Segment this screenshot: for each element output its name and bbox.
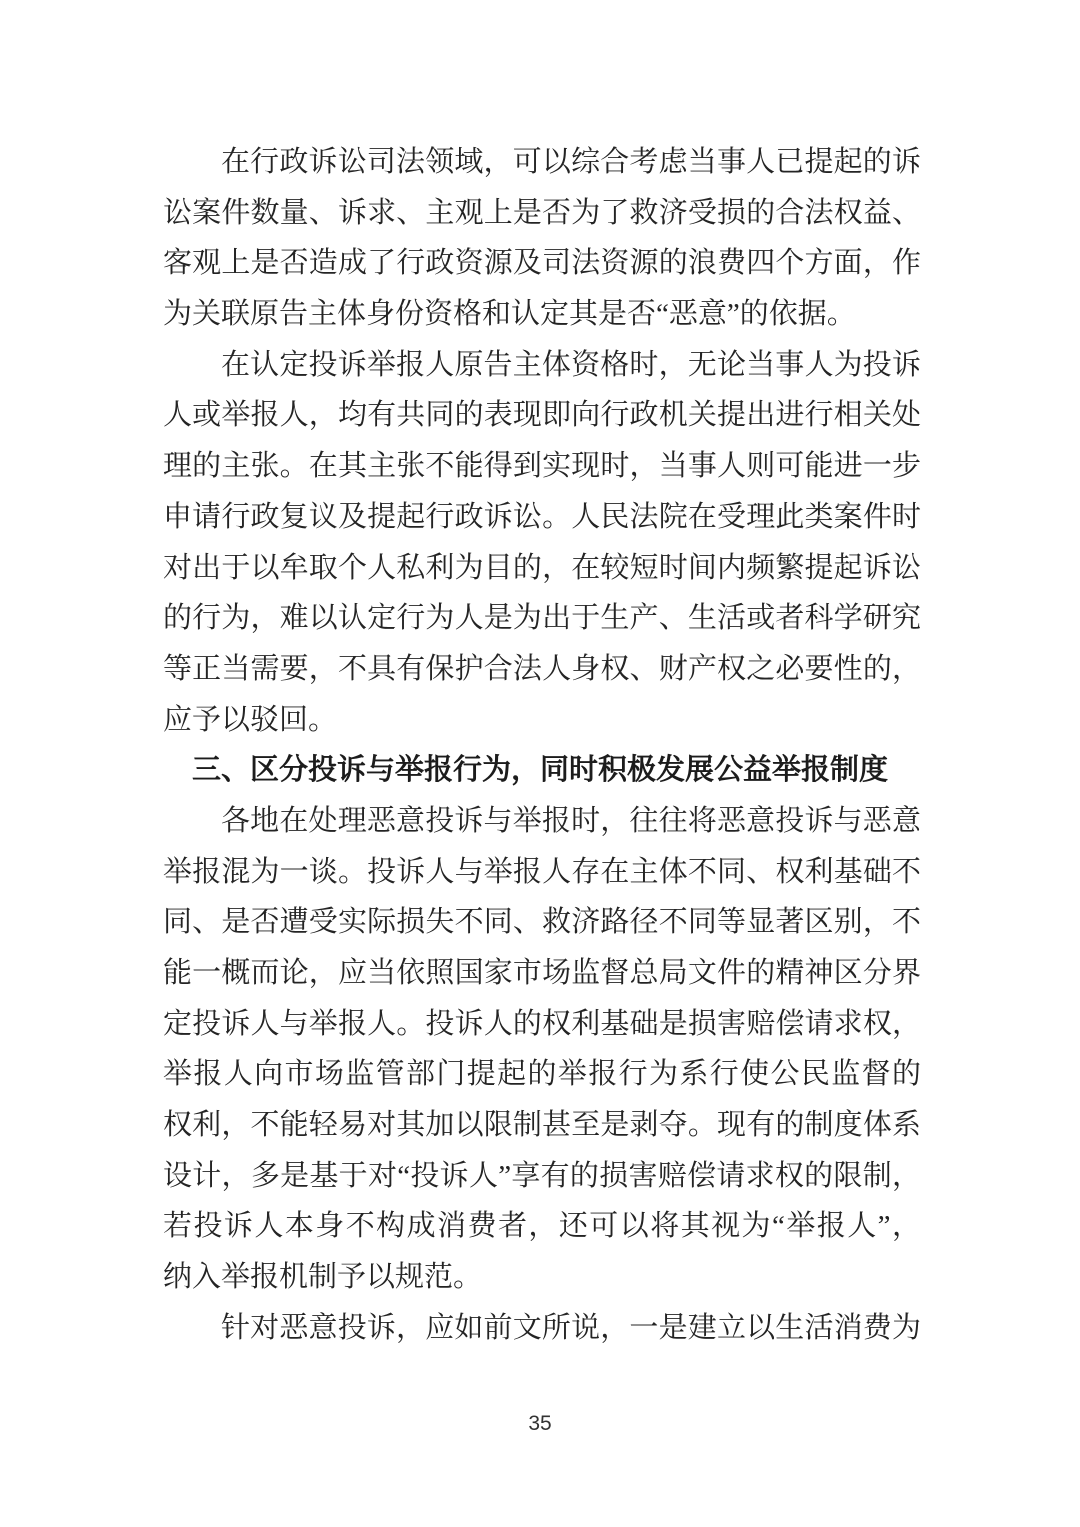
text-line: 等正当需要，不具有保护合法人身权、财产权之必要性的，	[163, 644, 921, 695]
text-line: 客观上是否造成了行政资源及司法资源的浪费四个方面，作	[163, 238, 921, 289]
text-line: 在认定投诉举报人原告主体资格时，无论当事人为投诉	[163, 340, 921, 391]
text-line: 针对恶意投诉，应如前文所说，一是建立以生活消费为	[163, 1303, 921, 1354]
document-page: 在行政诉讼司法领域，可以综合考虑当事人已提起的诉讼案件数量、诉求、主观上是否为了…	[0, 0, 1080, 1527]
text-line: 申请行政复议及提起行政诉讼。人民法院在受理此类案件时	[163, 492, 921, 543]
paragraph: 在行政诉讼司法领域，可以综合考虑当事人已提起的诉讼案件数量、诉求、主观上是否为了…	[163, 137, 921, 340]
text-line: 举报人向市场监管部门提起的举报行为系行使公民监督的	[163, 1049, 921, 1100]
paragraph: 针对恶意投诉，应如前文所说，一是建立以生活消费为	[163, 1303, 921, 1354]
text-line: 能一概而论，应当依照国家市场监督总局文件的精神区分界	[163, 948, 921, 999]
text-line: 权利，不能轻易对其加以限制甚至是剥夺。现有的制度体系	[163, 1100, 921, 1151]
section-heading: 三、区分投诉与举报行为，同时积极发展公益举报制度	[163, 745, 921, 796]
text-line: 的行为，难以认定行为人是为出于生产、生活或者科学研究	[163, 593, 921, 644]
text-line: 讼案件数量、诉求、主观上是否为了救济受损的合法权益、	[163, 188, 921, 239]
heading-line: 三、区分投诉与举报行为，同时积极发展公益举报制度	[163, 745, 921, 796]
text-line: 应予以驳回。	[163, 695, 921, 746]
page-number: 35	[0, 1412, 1080, 1436]
text-line: 若投诉人本身不构成消费者，还可以将其视为“举报人”，	[163, 1201, 921, 1252]
text-line: 举报混为一谈。投诉人与举报人存在主体不同、权利基础不	[163, 847, 921, 898]
text-line: 各地在处理恶意投诉与举报时，往往将恶意投诉与恶意	[163, 796, 921, 847]
text-line: 设计，多是基于对“投诉人”享有的损害赔偿请求权的限制，	[163, 1151, 921, 1202]
text-line: 为关联原告主体身份资格和认定其是否“恶意”的依据。	[163, 289, 921, 340]
text-line: 同、是否遭受实际损失不同、救济路径不同等显著区别，不	[163, 897, 921, 948]
document-body: 在行政诉讼司法领域，可以综合考虑当事人已提起的诉讼案件数量、诉求、主观上是否为了…	[163, 137, 921, 1354]
text-line: 人或举报人，均有共同的表现即向行政机关提出进行相关处	[163, 390, 921, 441]
text-line: 纳入举报机制予以规范。	[163, 1252, 921, 1303]
text-line: 对出于以牟取个人私利为目的，在较短时间内频繁提起诉讼	[163, 543, 921, 594]
text-line: 定投诉人与举报人。投诉人的权利基础是损害赔偿请求权，	[163, 999, 921, 1050]
paragraph: 各地在处理恶意投诉与举报时，往往将恶意投诉与恶意举报混为一谈。投诉人与举报人存在…	[163, 796, 921, 1303]
text-line: 理的主张。在其主张不能得到实现时，当事人则可能进一步	[163, 441, 921, 492]
paragraph: 在认定投诉举报人原告主体资格时，无论当事人为投诉人或举报人，均有共同的表现即向行…	[163, 340, 921, 746]
text-line: 在行政诉讼司法领域，可以综合考虑当事人已提起的诉	[163, 137, 921, 188]
